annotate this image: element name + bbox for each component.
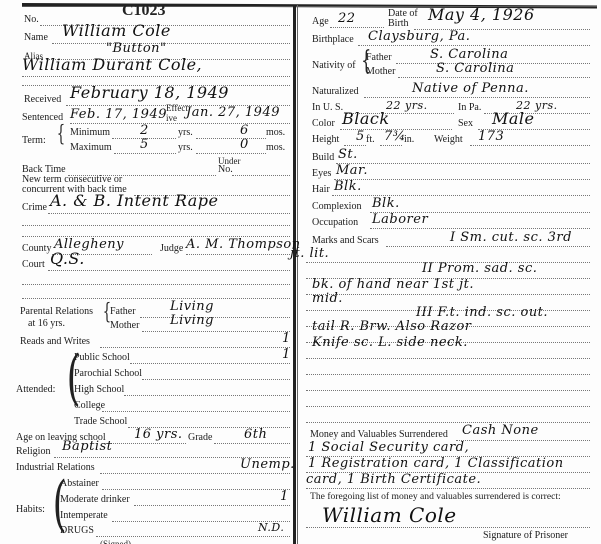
label-habits: Habits:: [16, 504, 45, 516]
value-eyes: Mar.: [336, 164, 368, 178]
line-marks-1: [386, 245, 590, 247]
label-father: Father: [110, 306, 136, 318]
line-court-2: [22, 283, 290, 285]
line-max-yrs: [114, 152, 176, 154]
line-father: [140, 316, 290, 318]
value-alias-1: "Button": [106, 42, 167, 56]
line-court: [48, 269, 290, 271]
label-minimum: Minimum: [70, 127, 110, 139]
label-effective-bottom: ive: [166, 112, 177, 124]
label-max-yrs: yrs.: [178, 142, 193, 154]
line-age-leaving: [106, 442, 186, 444]
label-public-school: Public School: [74, 352, 130, 364]
label-abstainer: Abstainer: [60, 478, 99, 490]
line-grade: [214, 442, 290, 444]
value-drugs: N.D.: [258, 521, 284, 535]
line-min-mos: [196, 137, 266, 139]
line-build: [336, 162, 590, 164]
line-moderate: [134, 504, 290, 506]
label-county: County: [22, 243, 51, 255]
line-mother-nativity: [398, 76, 590, 78]
value-reads-writes: 1: [282, 332, 291, 346]
label-maximum: Maximum: [70, 142, 112, 154]
label-nativity: Nativity of: [312, 60, 356, 72]
label-signed: (Signed): [100, 538, 131, 544]
line-marks-4: [306, 293, 590, 295]
value-marks-4: mid.: [312, 292, 343, 306]
line-money-1: [456, 439, 590, 441]
value-hair: Blk.: [334, 180, 362, 194]
line-public-school: [130, 362, 290, 364]
value-occupation: Laborer: [372, 213, 428, 227]
line-occupation: [370, 227, 590, 229]
value-marks-3: bk. of hand near 1st jt.: [312, 278, 474, 292]
line-mother: [142, 330, 290, 332]
column-divider-thin: [297, 5, 298, 544]
label-eyes: Eyes: [312, 168, 331, 180]
label-no: No.: [24, 14, 39, 26]
label-min-mos: mos.: [266, 127, 285, 139]
label-drugs: DRUGS: [60, 525, 94, 537]
value-age-leaving: 16 yrs.: [134, 428, 183, 442]
line-high-school: [124, 394, 290, 396]
value-marks-1: I Sm. cut. sc. 3rd: [450, 231, 572, 245]
line-name: [52, 42, 290, 44]
value-build: St.: [338, 148, 358, 162]
value-marks-5: III F.t. ind. sc. out.: [416, 306, 548, 320]
label-hair: Hair: [312, 184, 330, 196]
value-money-3: 1 Registration card, 1 Classification: [308, 457, 564, 471]
value-moderate: 1: [280, 490, 289, 504]
line-marks-9: [306, 373, 590, 375]
line-under-no: [232, 174, 290, 176]
line-height-in: [380, 144, 402, 146]
label-attended: Attended:: [16, 384, 55, 396]
line-crime: [48, 212, 290, 214]
label-complexion: Complexion: [312, 201, 361, 213]
line-abstainer: [102, 488, 290, 490]
label-grade: Grade: [188, 432, 212, 444]
value-age: 22: [338, 12, 356, 26]
value-court: Q.S.: [50, 252, 85, 266]
value-min-mos: 6: [240, 124, 249, 138]
value-received: February 18, 1949: [70, 86, 229, 100]
line-naturalized: [364, 96, 590, 98]
line-signature: [306, 526, 590, 528]
value-mother-nativity: S. Carolina: [436, 62, 514, 76]
label-court: Court: [22, 259, 45, 271]
value-father: Living: [170, 300, 214, 314]
value-max-yrs: 5: [140, 138, 149, 152]
value-mother: Living: [170, 314, 214, 328]
label-crime: Crime: [22, 202, 47, 214]
line-marks-12: [306, 421, 590, 423]
line-marks-8: [306, 357, 590, 359]
value-weight: 173: [478, 130, 504, 144]
line-crime-2: [22, 224, 290, 226]
line-marks-11: [306, 405, 590, 407]
label-ft: ft.: [366, 134, 375, 146]
line-college: [102, 410, 290, 412]
value-sex: Male: [492, 112, 535, 126]
label-weight: Weight: [434, 134, 463, 146]
value-alias-2: William Durant Cole,: [22, 58, 202, 72]
value-dob: May 4, 1926: [428, 8, 535, 22]
prisoner-record-card: C1023 No. Name William Cole Alias "Butto…: [0, 0, 601, 544]
line-industrial: [100, 472, 290, 474]
line-max-mos: [196, 152, 266, 154]
label-judge: Judge: [160, 243, 183, 255]
value-naturalized: Native of Penna.: [412, 82, 529, 96]
line-height-ft: [344, 144, 366, 146]
line-money-4: [306, 487, 590, 489]
value-complexion: Blk.: [372, 197, 400, 211]
value-judge-cont: jt. lit.: [290, 247, 329, 261]
value-money-1: Cash None: [462, 424, 539, 438]
value-signature: William Cole: [322, 504, 457, 526]
line-hair: [332, 194, 590, 196]
label-sex: Sex: [458, 118, 473, 130]
line-weight: [470, 144, 590, 146]
label-in-us: In U. S.: [312, 102, 343, 114]
label-term: Term:: [22, 135, 46, 147]
label-intemperate: Intemperate: [60, 510, 108, 522]
line-age: [330, 26, 384, 28]
line-judge: [186, 253, 290, 255]
value-marks-7: Knife sc. L. side neck.: [312, 336, 468, 350]
label-occupation: Occupation: [312, 217, 358, 229]
line-sentenced: [70, 122, 290, 124]
line-eyes: [334, 178, 590, 180]
label-height: Height: [312, 134, 339, 146]
label-min-yrs: yrs.: [178, 127, 193, 139]
label-high-school: High School: [74, 384, 124, 396]
label-in-pa: In Pa.: [458, 102, 481, 114]
value-grade: 6th: [244, 428, 267, 442]
label-parental-1: Parental Relations: [20, 306, 93, 318]
label-in: in.: [404, 134, 414, 146]
term-brace: {: [57, 124, 65, 146]
label-college: College: [74, 400, 105, 412]
value-crime: A. & B. Intent Rape: [50, 194, 219, 208]
value-marks-2: II Prom. sad. sc.: [422, 262, 537, 276]
line-marks-10: [306, 389, 590, 391]
label-name: Name: [24, 32, 48, 44]
label-father-nativity: Father: [366, 52, 392, 64]
label-naturalized: Naturalized: [312, 86, 359, 98]
value-height-ft: 5: [356, 130, 365, 144]
value-height-in: 7¾: [384, 130, 406, 144]
label-mother: Mother: [110, 320, 139, 332]
label-received: Received: [24, 94, 61, 106]
line-parochial-school: [142, 378, 290, 380]
value-religion: Baptist: [62, 440, 112, 454]
value-judge: A. M. Thompson: [186, 238, 301, 252]
value-effective: Jan. 27, 1949: [186, 106, 280, 120]
label-parochial-school: Parochial School: [74, 368, 142, 380]
line-alias-2: [22, 75, 290, 77]
label-moderate: Moderate drinker: [60, 494, 130, 506]
value-min-yrs: 2: [140, 124, 149, 138]
value-color: Black: [342, 112, 390, 126]
label-age: Age: [312, 16, 329, 28]
value-money-2: 1 Social Security card,: [308, 441, 469, 455]
label-religion: Religion: [16, 446, 50, 458]
value-in-us: 22 yrs.: [386, 99, 428, 113]
line-court-3: [22, 297, 290, 299]
value-name: William Cole: [62, 24, 171, 38]
label-mother-nativity: Mother: [366, 66, 395, 78]
label-trade-school: Trade School: [74, 416, 127, 428]
line-birthplace: [358, 44, 590, 46]
label-birthplace: Birthplace: [312, 34, 354, 46]
label-foregoing: The foregoing list of money and valuable…: [310, 491, 561, 503]
line-drugs: [96, 535, 290, 537]
value-birthplace: Claysburg, Pa.: [368, 30, 470, 44]
value-money-4: card, 1 Birth Certificate.: [306, 473, 481, 487]
value-public-school: 1: [282, 348, 291, 362]
value-industrial: Unemp.: [240, 458, 295, 472]
value-marks-6: tail R. Brw. Also Razor: [312, 320, 472, 334]
label-signature: Signature of Prisoner: [483, 530, 568, 542]
value-max-mos: 0: [240, 138, 249, 152]
label-under-no: No.: [218, 164, 233, 176]
line-reads-writes: [100, 346, 290, 348]
value-sentenced: Feb. 17, 1949: [70, 108, 167, 122]
value-father-nativity: S. Carolina: [430, 48, 508, 62]
label-build: Build: [312, 152, 334, 164]
label-max-mos: mos.: [266, 142, 285, 154]
label-color: Color: [312, 118, 335, 130]
label-parental-2: at 16 yrs.: [28, 318, 65, 330]
record-number: C1023: [122, 4, 166, 18]
